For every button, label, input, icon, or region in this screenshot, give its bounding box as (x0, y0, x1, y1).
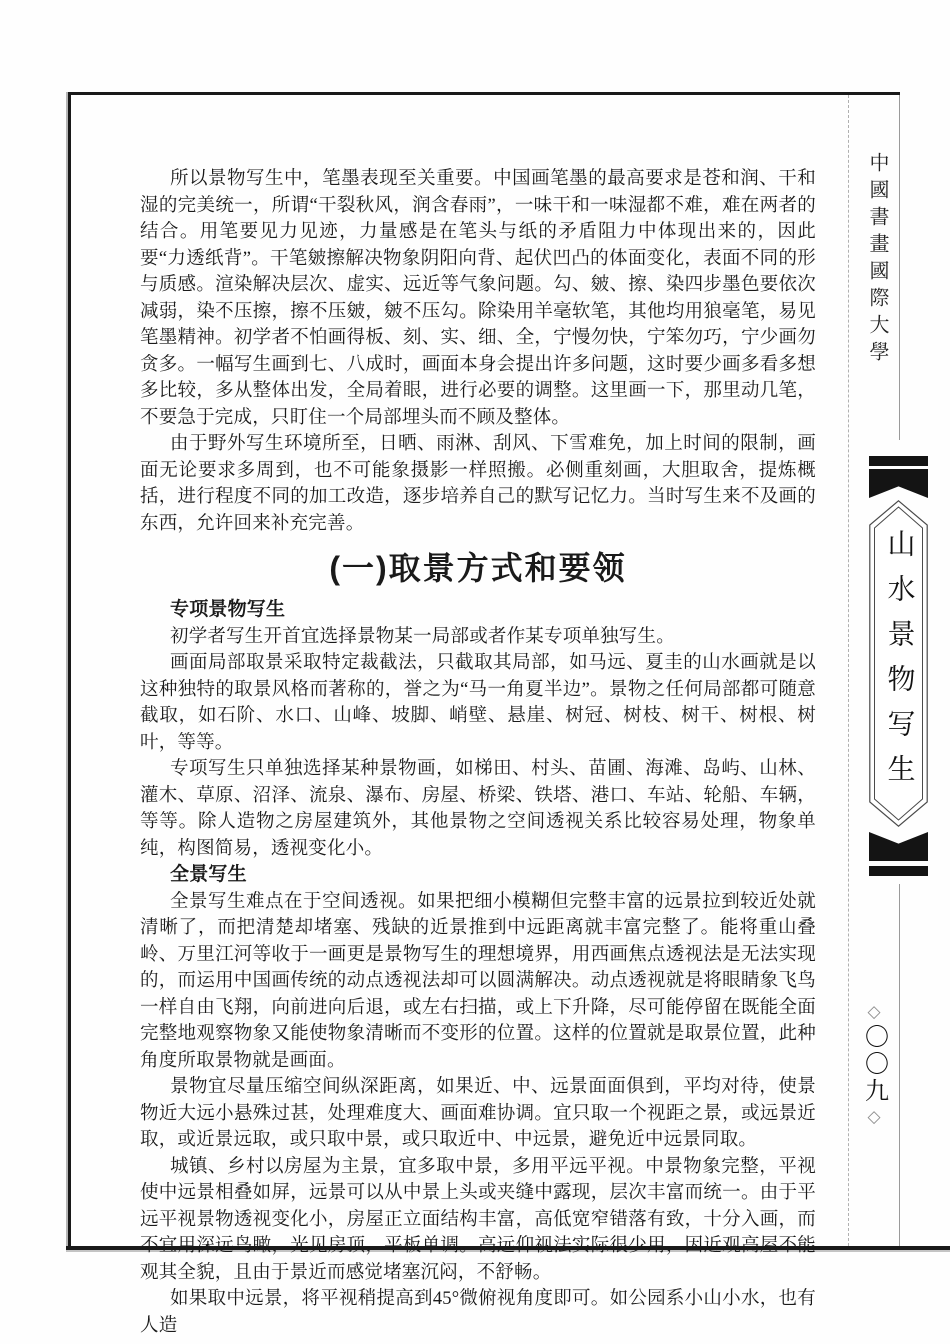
body-paragraph: 景物宜尽量压缩空间纵深距离，如果近、中、远景面面俱到，平均对待，使景物近大远小悬… (140, 1074, 816, 1154)
diamond-icon: ◇ (867, 1107, 880, 1127)
page-number-column: ◇ 〇〇九 ◇ (858, 1002, 890, 1127)
section-heading: (一)取景方式和要领 (140, 548, 816, 588)
body-paragraph: 如果取中远景，将平视稍提高到45°微俯视角度即可。如公园系小山小水，也有人造 (140, 1286, 816, 1339)
main-text-column: 所以景物写生中，笔墨表现至关重要。中国画笔墨的最高要求是苍和润、干和湿的完美统一… (140, 166, 816, 1339)
banner-top-bar (869, 456, 928, 466)
page-number: 〇〇九 (857, 1024, 892, 1105)
body-paragraph: 初学者写生开首宜选择景物某一局部或者作某专项单独写生。 (140, 624, 816, 651)
diamond-icon: ◇ (867, 1002, 880, 1022)
sidebar-dashed-rule (848, 95, 849, 1246)
sidebar-right-rule-bottom (899, 884, 900, 1246)
banner-bottom-pennant-icon (869, 832, 928, 861)
subsection-title-panorama: 全景写生 (170, 862, 816, 889)
title-banner: 山水景物写生 (869, 456, 928, 876)
banner-top-pennant-icon (869, 469, 928, 498)
intro-paragraph: 所以景物写生中，笔墨表现至关重要。中国画笔墨的最高要求是苍和润、干和湿的完美统一… (140, 166, 816, 431)
sidebar-right-rule-top (899, 95, 900, 440)
body-paragraph: 专项写生只单独选择某种景物画，如梯田、村头、苗圃、海滩、岛屿、山林、灌木、草原、… (140, 756, 816, 862)
body-paragraph: 全景写生难点在于空间透视。如果把细小模糊但完整丰富的远景拉到较近处就清晰了，而把… (140, 889, 816, 1075)
body-paragraph: 城镇、乡村以房屋为主景，宜多取中景，多用平远平视。中景物象完整，平视使中远景相叠… (140, 1154, 816, 1287)
book-page: 所以景物写生中，笔墨表现至关重要。中国画笔墨的最高要求是苍和润、干和湿的完美统一… (0, 0, 950, 1344)
banner-cartouche: 山水景物写生 (869, 500, 928, 827)
subsection-title-special: 专项景物写生 (170, 597, 816, 624)
spine-title: 中國書畫國際大學 (863, 152, 892, 368)
banner-title: 山水景物写生 (879, 529, 919, 799)
body-paragraph: 画面局部取景采取特定裁截法，只截取其局部，如马远、夏圭的山水画就是以这种独特的取… (140, 650, 816, 756)
intro-paragraph: 由于野外写生环境所至，日晒、雨淋、刮风、下雪难免，加上时间的限制，画面无论要求多… (140, 431, 816, 537)
banner-bottom-bar (869, 866, 928, 876)
